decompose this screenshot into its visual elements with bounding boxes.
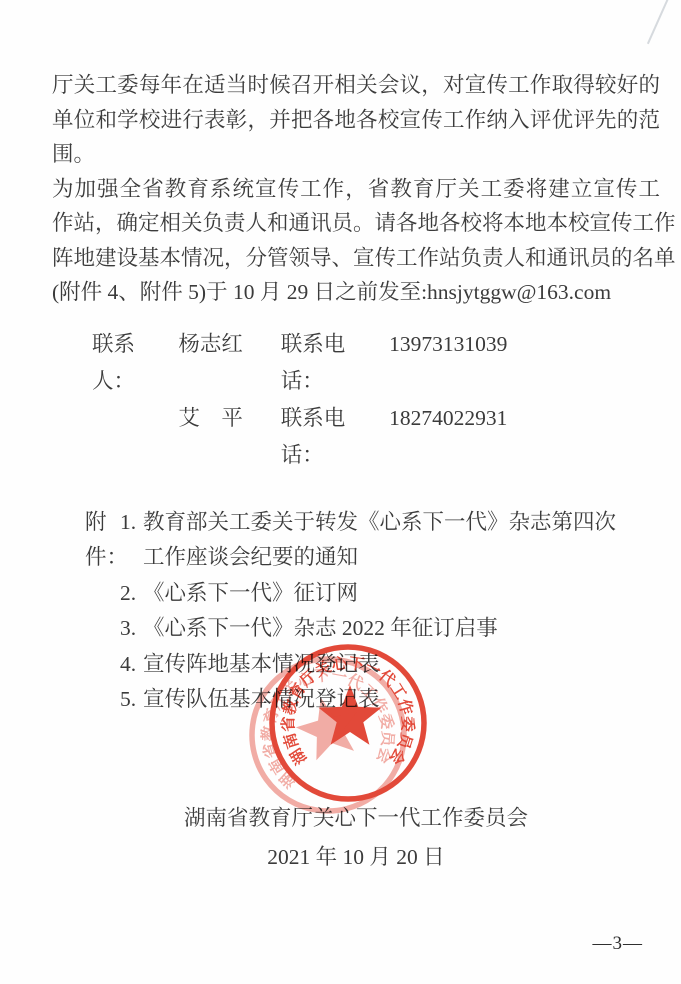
attachment-item: 3.《心系下一代》杂志 2022 年征订启事 — [120, 611, 660, 647]
attachment-item: 2.《心系下一代》征订网 — [120, 576, 660, 612]
attachment-title: 工作座谈会纪要的通知 — [143, 545, 358, 569]
paragraph-propaganda-station: 为加强全省教育系统宣传工作，省教育厅关工委将建立宣传工作站，确定相关负责人和通讯… — [52, 172, 660, 310]
contact-row: 艾 平 联系电话： 18274022931 — [92, 400, 660, 474]
phone-label: 联系电话： — [281, 326, 384, 400]
attachment-number: 3. — [120, 611, 143, 647]
phone-number: 13973131039 — [389, 326, 507, 363]
attachment-title: 《心系下一代》杂志 2022 年征订启事 — [143, 616, 498, 640]
scan-artifact-line — [647, 0, 669, 44]
attachment-item: 5.宣传队伍基本情况登记表 — [120, 682, 660, 718]
phone-number: 18274022931 — [389, 400, 507, 437]
attachment-number: 4. — [120, 647, 143, 683]
attachment-title: 宣传队伍基本情况登记表 — [143, 687, 380, 711]
body-line: 单位和学校进行表彰，并把各地各校宣传工作纳入评优评先的范 — [52, 103, 660, 138]
body-line: 作站，确定相关负责人和通讯员。请各地各校将本地本校宣传工作 — [52, 206, 660, 241]
attachment-title: 教育部关工委关于转发《心系下一代》杂志第四次 — [143, 510, 616, 534]
body-line: 围。 — [52, 137, 660, 172]
attachment-item: 工作座谈会纪要的通知 — [120, 540, 660, 576]
attachment-number: 2. — [120, 576, 143, 612]
body-line: 阵地建设基本情况，分管领导、宣传工作站负责人和通讯员的名单 — [52, 241, 660, 276]
contact-name: 杨志红 — [178, 326, 275, 363]
attachment-item: 4.宣传阵地基本情况登记表 — [120, 647, 660, 683]
contact-block: 联系人： 杨志红 联系电话： 13973131039 艾 平 联系电话： 182… — [52, 326, 660, 474]
scanned-document-page: 厅关工委每年在适当时候召开相关会议，对宣传工作取得较好的单位和学校进行表彰，并把… — [0, 0, 681, 984]
contact-label: 联系人： — [92, 326, 173, 400]
paragraph-continuation: 厅关工委每年在适当时候召开相关会议，对宣传工作取得较好的单位和学校进行表彰，并把… — [52, 68, 660, 172]
body-line-email: (附件 4、附件 5)于 10 月 29 日之前发至:hnsjytggw@163… — [52, 275, 660, 310]
contact-row: 联系人： 杨志红 联系电话： 13973131039 — [92, 326, 660, 400]
attachment-title: 宣传阵地基本情况登记表 — [143, 652, 380, 676]
signature-date: 2021 年 10 月 20 日 — [52, 840, 660, 875]
phone-label: 联系电话： — [281, 400, 384, 474]
signature-org: 湖南省教育厅关心下一代工作委员会 — [52, 801, 660, 836]
body-line: 为加强全省教育系统宣传工作，省教育厅关工委将建立宣传工 — [52, 172, 660, 207]
attachment-item: 1.教育部关工委关于转发《心系下一代》杂志第四次 — [120, 505, 660, 541]
attachments-label: 附件： — [85, 505, 120, 718]
contact-name: 艾 平 — [178, 400, 275, 437]
attachment-number: 1. — [120, 505, 143, 541]
document-body: 厅关工委每年在适当时候召开相关会议，对宣传工作取得较好的单位和学校进行表彰，并把… — [52, 68, 660, 875]
attachment-title: 《心系下一代》征订网 — [143, 581, 358, 605]
attachment-number: 5. — [120, 682, 143, 718]
body-line: 厅关工委每年在适当时候召开相关会议，对宣传工作取得较好的 — [52, 68, 660, 103]
page-number: —3— — [593, 933, 644, 955]
attachments-block: 附件： 1.教育部关工委关于转发《心系下一代》杂志第四次 工作座谈会纪要的通知 … — [52, 505, 660, 718]
